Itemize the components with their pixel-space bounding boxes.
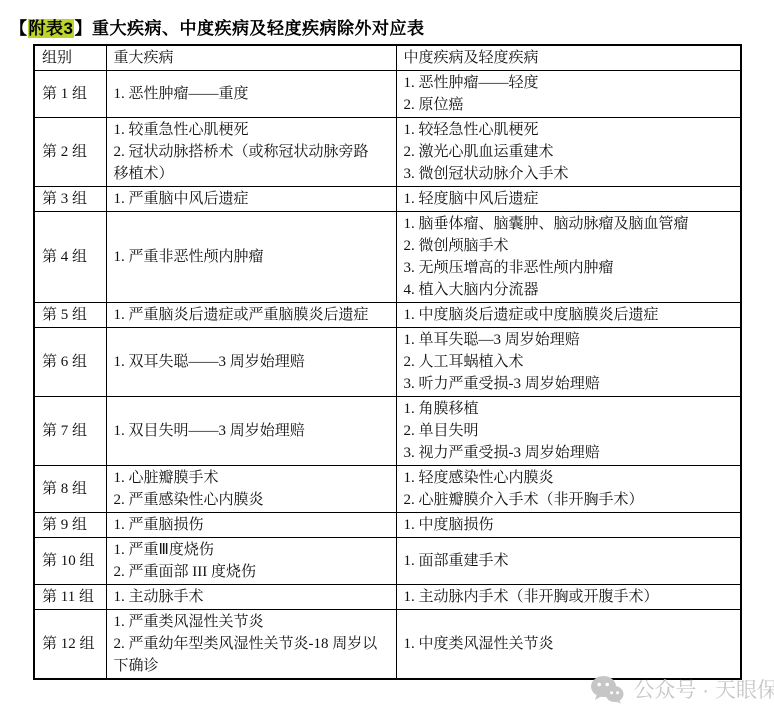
table-row: 第 3 组 1. 严重脑中风后遗症 1. 轻度脑中风后遗症	[34, 187, 741, 212]
group-cell: 第 4 组	[34, 212, 106, 303]
list-item: 2. 激光心肌血运重建术	[404, 141, 734, 163]
list-item: 2. 严重面部 III 度烧伤	[114, 561, 382, 583]
moderate-cell: 1. 恶性肿瘤——轻度2. 原位癌	[396, 71, 741, 118]
list-item: 1. 双耳失聪——3 周岁始理赔	[114, 351, 382, 373]
list-item: 1. 单耳失聪—3 周岁始理赔	[404, 329, 734, 351]
moderate-cell: 1. 轻度脑中风后遗症	[396, 187, 741, 212]
page-title: 【附表3】重大疾病、中度疾病及轻度疾病除外对应表	[10, 14, 424, 39]
table-row: 第 8 组 1. 心脏瓣膜手术2. 严重感染性心内膜炎 1. 轻度感染性心内膜炎…	[34, 466, 741, 513]
moderate-cell: 1. 中度脑炎后遗症或中度脑膜炎后遗症	[396, 303, 741, 328]
major-cell: 1. 较重急性心肌梗死2. 冠状动脉搭桥术（或称冠状动脉旁路移植术）	[106, 118, 396, 187]
group-cell: 第 2 组	[34, 118, 106, 187]
group-cell: 第 7 组	[34, 397, 106, 466]
header-row: 组别 重大疾病 中度疾病及轻度疾病	[34, 45, 741, 71]
table-row: 第 1 组 1. 恶性肿瘤——重度 1. 恶性肿瘤——轻度2. 原位癌	[34, 71, 741, 118]
list-item: 1. 角膜移植	[404, 398, 734, 420]
major-cell: 1. 主动脉手术	[106, 585, 396, 610]
group-cell: 第 9 组	[34, 513, 106, 538]
major-cell: 1. 严重Ⅲ度烧伤2. 严重面部 III 度烧伤	[106, 538, 396, 585]
group-cell: 第 8 组	[34, 466, 106, 513]
group-cell: 第 5 组	[34, 303, 106, 328]
moderate-cell: 1. 主动脉内手术（非开胸或开腹手术）	[396, 585, 741, 610]
list-item: 1. 较轻急性心肌梗死	[404, 119, 734, 141]
list-item: 1. 严重脑损伤	[114, 514, 382, 536]
header-cell-group: 组别	[34, 45, 106, 71]
major-cell: 1. 严重脑中风后遗症	[106, 187, 396, 212]
moderate-cell: 1. 面部重建手术	[396, 538, 741, 585]
title-text: 重大疾病、中度疾病及轻度疾病除外对应表	[92, 19, 425, 38]
major-cell: 1. 严重脑炎后遗症或严重脑膜炎后遗症	[106, 303, 396, 328]
group-cell: 第 1 组	[34, 71, 106, 118]
table-row: 第 7 组 1. 双目失明——3 周岁始理赔 1. 角膜移植2. 单目失明3. …	[34, 397, 741, 466]
list-item: 1. 较重急性心肌梗死	[114, 119, 382, 141]
list-item: 2. 心脏瓣膜介入手术（非开胸手术）	[404, 489, 734, 511]
list-item: 1. 严重脑炎后遗症或严重脑膜炎后遗症	[114, 304, 382, 326]
moderate-cell: 1. 单耳失聪—3 周岁始理赔2. 人工耳蜗植入术3. 听力严重受损-3 周岁始…	[396, 328, 741, 397]
table-row: 第 10 组 1. 严重Ⅲ度烧伤2. 严重面部 III 度烧伤 1. 面部重建手…	[34, 538, 741, 585]
list-item: 3. 无颅压增高的非恶性颅内肿瘤	[404, 257, 734, 279]
list-item: 1. 主动脉内手术（非开胸或开腹手术）	[404, 586, 734, 608]
list-item: 1. 心脏瓣膜手术	[114, 467, 382, 489]
group-cell: 第 3 组	[34, 187, 106, 212]
list-item: 1. 严重类风湿性关节炎	[114, 611, 382, 633]
header-cell-moderate: 中度疾病及轻度疾病	[396, 45, 741, 71]
table-row: 第 11 组 1. 主动脉手术 1. 主动脉内手术（非开胸或开腹手术）	[34, 585, 741, 610]
list-item: 2. 原位癌	[404, 94, 734, 116]
moderate-cell: 1. 中度脑损伤	[396, 513, 741, 538]
group-cell: 第 12 组	[34, 610, 106, 680]
moderate-cell: 1. 角膜移植2. 单目失明3. 视力严重受损-3 周岁始理赔	[396, 397, 741, 466]
list-item: 2. 严重感染性心内膜炎	[114, 489, 382, 511]
list-item: 1. 中度脑损伤	[404, 514, 734, 536]
list-item: 1. 轻度脑中风后遗症	[404, 188, 734, 210]
major-cell: 1. 严重类风湿性关节炎2. 严重幼年型类风湿性关节炎-18 周岁以下确诊	[106, 610, 396, 680]
title-highlight: 附表3	[28, 19, 75, 38]
list-item: 2. 单目失明	[404, 420, 734, 442]
disease-table: 组别 重大疾病 中度疾病及轻度疾病 第 1 组 1. 恶性肿瘤——重度 1. 恶…	[33, 44, 742, 680]
group-cell: 第 10 组	[34, 538, 106, 585]
list-item: 1. 严重Ⅲ度烧伤	[114, 539, 382, 561]
table-row: 第 2 组 1. 较重急性心肌梗死2. 冠状动脉搭桥术（或称冠状动脉旁路移植术）…	[34, 118, 741, 187]
list-item: 2. 人工耳蜗植入术	[404, 351, 734, 373]
list-item: 3. 视力严重受损-3 周岁始理赔	[404, 442, 734, 464]
list-item: 1. 中度类风湿性关节炎	[404, 633, 734, 655]
list-item: 1. 主动脉手术	[114, 586, 382, 608]
group-cell: 第 11 组	[34, 585, 106, 610]
list-item: 2. 严重幼年型类风湿性关节炎-18 周岁以下确诊	[114, 633, 382, 677]
table-row: 第 6 组 1. 双耳失聪——3 周岁始理赔 1. 单耳失聪—3 周岁始理赔2.…	[34, 328, 741, 397]
list-item: 1. 面部重建手术	[404, 550, 734, 572]
list-item: 2. 微创颅脑手术	[404, 235, 734, 257]
table-row: 第 4 组 1. 严重非恶性颅内肿瘤 1. 脑垂体瘤、脑囊肿、脑动脉瘤及脑血管瘤…	[34, 212, 741, 303]
header-cell-major: 重大疾病	[106, 45, 396, 71]
list-item: 1. 轻度感染性心内膜炎	[404, 467, 734, 489]
list-item: 2. 冠状动脉搭桥术（或称冠状动脉旁路移植术）	[114, 141, 382, 185]
major-cell: 1. 双耳失聪——3 周岁始理赔	[106, 328, 396, 397]
table-row: 第 9 组 1. 严重脑损伤 1. 中度脑损伤	[34, 513, 741, 538]
list-item: 3. 微创冠状动脉介入手术	[404, 163, 734, 185]
list-item: 1. 中度脑炎后遗症或中度脑膜炎后遗症	[404, 304, 734, 326]
major-cell: 1. 严重脑损伤	[106, 513, 396, 538]
moderate-cell: 1. 中度类风湿性关节炎	[396, 610, 741, 680]
table-row: 第 5 组 1. 严重脑炎后遗症或严重脑膜炎后遗症 1. 中度脑炎后遗症或中度脑…	[34, 303, 741, 328]
list-item: 1. 双目失明——3 周岁始理赔	[114, 420, 382, 442]
list-item: 1. 脑垂体瘤、脑囊肿、脑动脉瘤及脑血管瘤	[404, 213, 734, 235]
list-item: 4. 植入大脑内分流器	[404, 279, 734, 301]
group-cell: 第 6 组	[34, 328, 106, 397]
major-cell: 1. 严重非恶性颅内肿瘤	[106, 212, 396, 303]
table-row: 第 12 组 1. 严重类风湿性关节炎2. 严重幼年型类风湿性关节炎-18 周岁…	[34, 610, 741, 680]
major-cell: 1. 双目失明——3 周岁始理赔	[106, 397, 396, 466]
moderate-cell: 1. 较轻急性心肌梗死2. 激光心肌血运重建术3. 微创冠状动脉介入手术	[396, 118, 741, 187]
list-item: 1. 恶性肿瘤——轻度	[404, 72, 734, 94]
title-bracket-open: 【	[10, 19, 28, 38]
moderate-cell: 1. 脑垂体瘤、脑囊肿、脑动脉瘤及脑血管瘤2. 微创颅脑手术3. 无颅压增高的非…	[396, 212, 741, 303]
major-cell: 1. 心脏瓣膜手术2. 严重感染性心内膜炎	[106, 466, 396, 513]
major-cell: 1. 恶性肿瘤——重度	[106, 71, 396, 118]
moderate-cell: 1. 轻度感染性心内膜炎2. 心脏瓣膜介入手术（非开胸手术）	[396, 466, 741, 513]
list-item: 1. 严重非恶性颅内肿瘤	[114, 246, 382, 268]
list-item: 1. 严重脑中风后遗症	[114, 188, 382, 210]
list-item: 1. 恶性肿瘤——重度	[114, 83, 382, 105]
list-item: 3. 听力严重受损-3 周岁始理赔	[404, 373, 734, 395]
title-bracket-close: 】	[74, 19, 92, 38]
